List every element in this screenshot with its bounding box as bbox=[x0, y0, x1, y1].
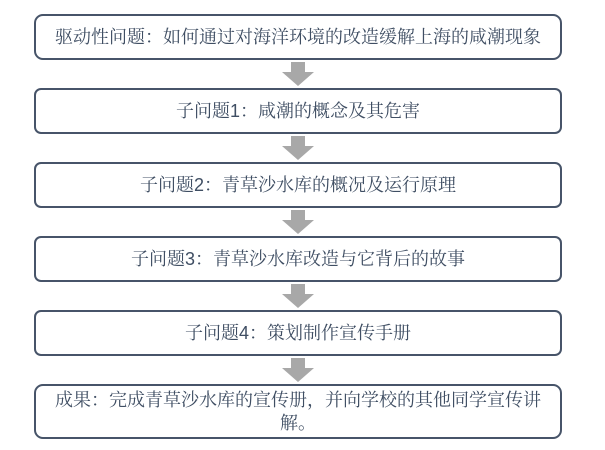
sub-question-3-box: 子问题3：青草沙水库改造与它背后的故事 bbox=[34, 236, 562, 282]
sub-question-2-box: 子问题2：青草沙水库的概况及运行原理 bbox=[34, 162, 562, 208]
down-arrow-icon bbox=[282, 210, 314, 234]
driving-question-label: 驱动性问题：如何通过对海洋环境的改造缓解上海的咸潮现象 bbox=[55, 26, 541, 49]
connector-2 bbox=[34, 134, 562, 162]
outcome-label: 成果：完成青草沙水库的宣传册，并向学校的其他同学宣传讲解。 bbox=[42, 389, 554, 434]
outcome-box: 成果：完成青草沙水库的宣传册，并向学校的其他同学宣传讲解。 bbox=[34, 384, 562, 439]
down-arrow-icon bbox=[282, 136, 314, 160]
down-arrow-icon bbox=[282, 284, 314, 308]
connector-4 bbox=[34, 282, 562, 310]
connector-3 bbox=[34, 208, 562, 236]
down-arrow-icon bbox=[282, 358, 314, 382]
driving-question-box: 驱动性问题：如何通过对海洋环境的改造缓解上海的咸潮现象 bbox=[34, 14, 562, 60]
down-arrow-icon bbox=[282, 62, 314, 86]
connector-1 bbox=[34, 60, 562, 88]
sub-question-2-label: 子问题2：青草沙水库的概况及运行原理 bbox=[140, 174, 456, 197]
sub-question-1-label: 子问题1：咸潮的概念及其危害 bbox=[176, 100, 420, 123]
sub-question-3-label: 子问题3：青草沙水库改造与它背后的故事 bbox=[131, 248, 465, 271]
connector-5 bbox=[34, 356, 562, 384]
sub-question-4-label: 子问题4：策划制作宣传手册 bbox=[185, 322, 411, 345]
sub-question-1-box: 子问题1：咸潮的概念及其危害 bbox=[34, 88, 562, 134]
sub-question-4-box: 子问题4：策划制作宣传手册 bbox=[34, 310, 562, 356]
flowchart: 驱动性问题：如何通过对海洋环境的改造缓解上海的咸潮现象 子问题1：咸潮的概念及其… bbox=[0, 0, 605, 450]
